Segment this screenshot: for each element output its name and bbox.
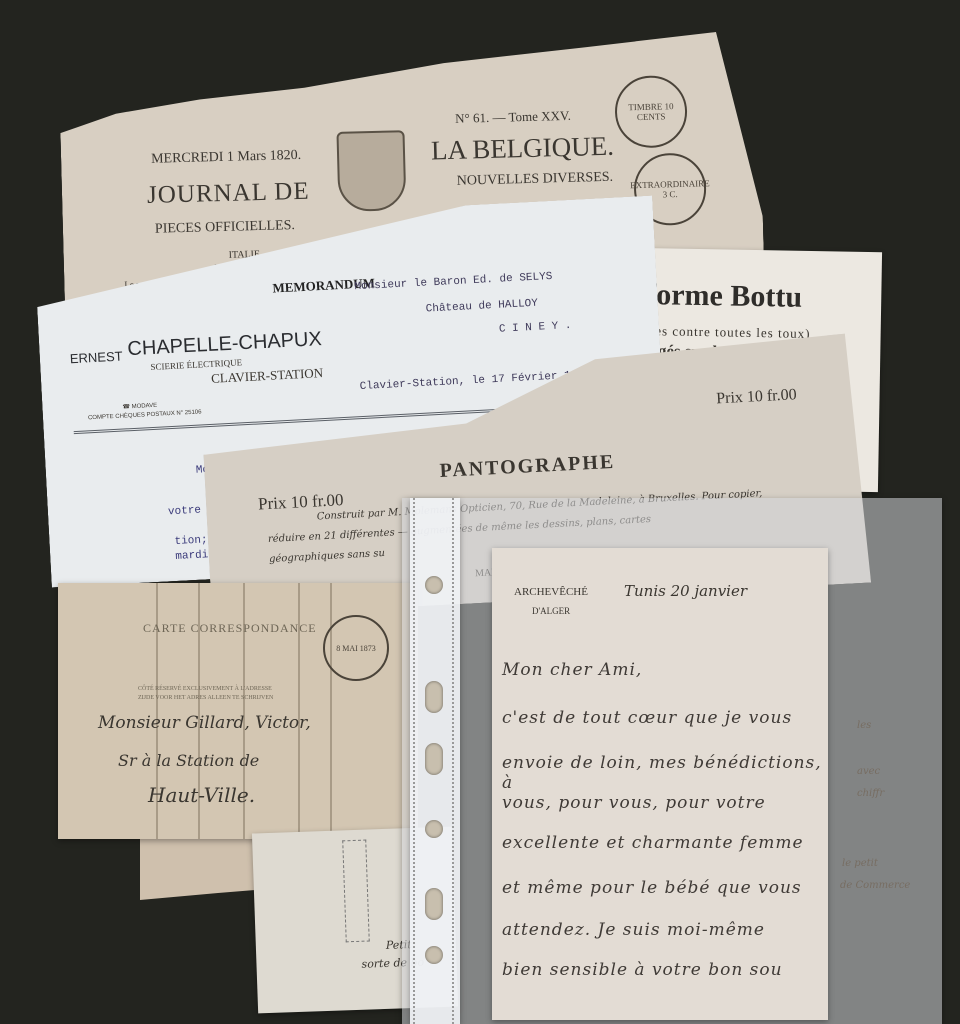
- punch-hole-icon: [425, 820, 443, 838]
- letterhead: ARCHEVÊCHÉ: [514, 586, 588, 598]
- carte-notice: CÔTÉ RÉSERVÉ EXCLUSIVEMENT À L'ADRESSE: [138, 686, 272, 692]
- memo-recipient: Château de HALLOY: [425, 298, 538, 316]
- price-label: Prix 10 fr.00: [716, 386, 797, 408]
- letter-line: vous, pour vous, pour votre: [502, 793, 766, 813]
- memo-body: mardi: [175, 549, 209, 563]
- punch-hole-icon: [425, 743, 443, 775]
- carte-title: CARTE CORRESPONDANCE: [143, 621, 317, 636]
- letter-line: c'est de tout cœur que je vous: [502, 708, 792, 728]
- tax-stamp-icon: TIMBRE 10 CENTS: [614, 75, 688, 149]
- perforation: [413, 498, 419, 1024]
- sleeve-text: avec: [857, 766, 880, 777]
- carte-notice: ZIJDE VOOR HET ADRES ALLEEN TE SCHRIJVEN: [138, 695, 273, 701]
- newspaper-title-left: JOURNAL DE: [147, 178, 310, 210]
- letter-dateline: Tunis 20 janvier: [624, 582, 747, 600]
- postmark-icon: 8 MAI 1873: [323, 615, 389, 681]
- punch-hole-icon: [425, 946, 443, 964]
- sleeve-binding-strip: [410, 498, 460, 1024]
- letter-line: excellente et charmante femme: [502, 833, 804, 853]
- memo-phone: ☎ MODAVE: [122, 402, 157, 411]
- carte-address: Monsieur Gillard, Victor,: [98, 713, 311, 733]
- letter-line: envoie de loin, mes bénédictions, à: [502, 753, 828, 793]
- sleeve-text: les: [857, 720, 871, 731]
- newspaper-title-right: LA BELGIQUE.: [431, 131, 615, 167]
- carte-address: Haut-Ville.: [148, 783, 255, 807]
- letter-line: attendez. Je suis moi-même: [502, 920, 765, 940]
- punch-hole-icon: [425, 681, 443, 713]
- letter-salutation: Mon cher Ami,: [502, 660, 642, 680]
- memo-recipient: Monsieur le Baron Ed. de SELYS: [354, 271, 552, 293]
- fold-line: [330, 583, 332, 839]
- letterhead: D'ALGER: [532, 606, 570, 616]
- memo-sender-last: CHAPELLE-CHAPUX: [127, 328, 322, 361]
- letter-line: bien sensible à votre bon sou: [502, 960, 783, 980]
- sleeve-text: chiffr: [857, 788, 884, 799]
- carte-address: Sr à la Station de: [118, 751, 259, 770]
- envelope-stamp-box: [342, 840, 370, 943]
- memo-account: COMPTE CHÈQUES POSTAUX N° 25106: [88, 409, 202, 421]
- memo-recipient: C I N E Y .: [499, 320, 572, 336]
- newspaper-section-right: NOUVELLES DIVERSES.: [457, 170, 614, 190]
- pantographe-text: géographiques sans su: [269, 548, 385, 565]
- punch-hole-icon: [425, 888, 443, 920]
- letter-line: et même pour le bébé que vous: [502, 878, 802, 898]
- newspaper-issue: N° 61. — Tome XXV.: [455, 108, 571, 127]
- sleeve-text: le petit: [842, 858, 878, 869]
- sleeve-text: de Commerce: [840, 880, 910, 891]
- newspaper-section-left: PIECES OFFICIELLES.: [155, 218, 295, 238]
- perforation: [452, 498, 458, 1024]
- memo-sender-first: ERNEST: [70, 348, 123, 366]
- pantographe-title: PANTOGRAPHE: [439, 451, 616, 483]
- punch-hole-icon: [425, 576, 443, 594]
- newspaper-date: MERCREDI 1 Mars 1820.: [151, 148, 301, 168]
- advert-line: iques contre toutes les toux): [636, 323, 811, 342]
- memo-place: CLAVIER-STATION: [211, 365, 324, 387]
- coat-of-arms-icon: [336, 130, 406, 212]
- archeveche-letter: ARCHEVÊCHÉ D'ALGER Tunis 20 janvier Mon …: [492, 548, 828, 1020]
- carte-correspondance: CARTE CORRESPONDANCE CÔTÉ RÉSERVÉ EXCLUS…: [58, 583, 418, 839]
